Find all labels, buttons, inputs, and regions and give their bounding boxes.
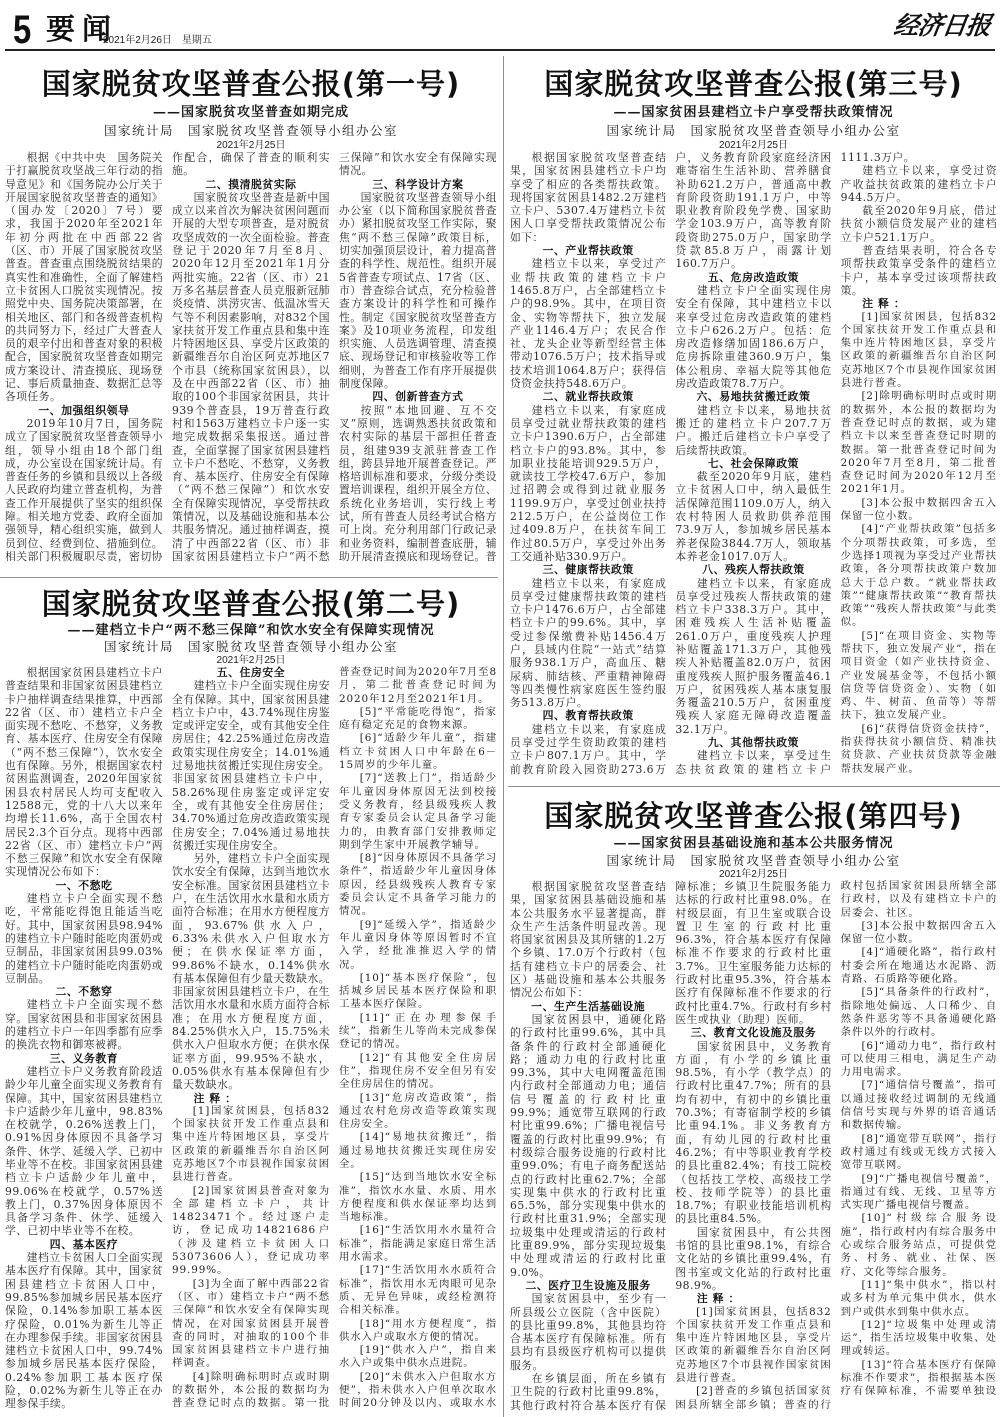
footnote: [1]国家贫困县，包括832个国家扶贫开发工作重点县和集中连片特困地区县，享受片… (675, 1306, 831, 1386)
body-paragraph: 国家贫困县中，有公共图书馆的县比重98.1%，有综合文化站的乡镇比重99.4%，… (675, 1226, 831, 1292)
body-paragraph: 另外，建档立卡户全面实现饮水安全有保障，达到当地饮水安全标准。国家贫困县建档立卡… (172, 852, 330, 1091)
section-heading: 二、摸清脱贫实际 (172, 178, 330, 191)
article-title: 国家脱贫攻坚普查公报(第三号) (510, 66, 997, 102)
body-paragraph: 建档立卡户义务教育阶段适龄少年儿童全面实现义务教育有保障。其中，国家贫困县建档立… (5, 1065, 163, 1238)
article-bulletin-1: 国家脱贫攻坚普查公报(第一号) ——国家脱贫攻坚普查如期完成 国家统计局 国家脱… (5, 66, 497, 570)
body-paragraph: 建档立卡以来，享受过产业帮扶政策的建档立卡户1465.8万户，占全部建档立卡户的… (510, 257, 666, 390)
footnote: [1]国家贫困县，包括832个国家扶贫开发工作重点县和集中连片特困地区县，享受片… (841, 311, 997, 391)
footnote: [7]“送教上门”，指适龄少年儿童因身体原因无法到校接受义务教育，经县级残疾人教… (339, 772, 497, 852)
article-bulletin-3: 国家脱贫攻坚普查公报(第三号) ——国家贫困县建档立卡户享受帮扶政策情况 国家统… (510, 66, 997, 778)
footnote: [2]除明确标明时点或时期的数据外，本公报的数据均为普查登记时点的数据，或为建档… (841, 390, 997, 496)
footnote: [18]“用水方便程度”，指供水入户或取水方便的情况。 (339, 1318, 497, 1345)
article-bulletin-4: 国家脱贫攻坚普查公报(第四号) ——国家贫困县基础设施和基本公共服务情况 国家统… (510, 798, 997, 1417)
section-heading: 一、产业帮扶政策 (510, 244, 666, 257)
body-paragraph: 根据国家脱贫攻坚普查结果，国家贫困县基础设施和基本公共服务水平显著提高，群众生产… (510, 880, 666, 1000)
footnote: [13]“危房改造政策”，指通过农村危房改造等政策实现住房安全。 (339, 1092, 497, 1132)
article-title: 国家脱贫攻坚普查公报(第四号) (510, 798, 997, 834)
body-paragraph: 建档立卡以来，有家庭成员享受过就业帮扶政策的建档立卡户1390.6万户，占全部建… (510, 404, 666, 564)
section-heading: 二、医疗卫生设施及服务 (510, 1279, 666, 1292)
footnote: [10]“基本医疗保险”，包括城乡居民基本医疗保险和职工基本医疗保险。 (339, 972, 497, 1012)
body-paragraph: 建档立卡户全面实现不愁吃，平常能吃得饱且能适当吃好。其中，国家贫困县98.94%… (5, 892, 163, 985)
article-divider-left (0, 577, 498, 578)
body-paragraph: 根据国家贫困县建档立卡户普查结果和非国家贫困县建档立卡户抽样调查结果推算，中西部… (5, 666, 163, 879)
footnote: [16]“生活饮用水水量符合标准”，指能满足家庭日常生活用水需求。 (339, 1224, 497, 1264)
section-heading: 二、不愁穿 (5, 985, 163, 998)
section-heading: 六、易地扶贫搬迁政策 (675, 390, 831, 403)
section-heading: 四、创新普查方式 (339, 390, 497, 403)
footnote: [3]本公报中数据四舍五入保留一位小数。 (841, 920, 997, 947)
section-heading: 一、生产生活基础设施 (510, 1000, 666, 1013)
article-byline: 国家统计局 国家脱贫攻坚普查领导小组办公室 (510, 853, 997, 868)
article-date: 2021年2月25日 (510, 140, 997, 151)
article-subtitle: ——国家脱贫攻坚普查如期完成 (5, 105, 497, 120)
footnote: [8]“因身体原因不具备学习条件”，指适龄少年儿童因身体原因，经县级残疾人教育专… (339, 852, 497, 918)
article-title: 国家脱贫攻坚普查公报(第一号) (5, 66, 497, 102)
page-number: 5 (13, 9, 31, 51)
footnote: [6]“获得信贷资金扶持”，指获得扶贫小额信贷、精准扶贫贷款、产业扶贫贷款等金融… (841, 723, 997, 776)
header-rule (5, 49, 995, 51)
footnote: [2]国家贫困县普查对象为全部建档立卡户，共计14823471个。经过逐户走访，… (172, 1185, 330, 1278)
body-paragraph: 建档立卡以来，有家庭成员享受过健康帮扶政策的建档立卡户1476.6万户，占全部建… (510, 577, 666, 710)
footnote: [9]“广播电视信号覆盖”，指通过有线、无线、卫星等方式实现广播电视信号覆盖。 (841, 1173, 997, 1213)
issue-date: 2021年2月26日 星期五 (103, 35, 212, 47)
section-heading: 三、健康帮扶政策 (510, 563, 666, 576)
article-bulletin-2: 国家脱贫攻坚普查公报(第二号) ——建档立卡户“两不愁三保障”和饮水安全有保障实… (5, 586, 497, 1417)
footnote: [5]“平常能吃得饱”，指家庭有稳定充足的食物来源。 (339, 706, 497, 733)
article-divider-right (508, 786, 1000, 787)
body-paragraph: 截至2020年9月底，借过扶贫小额信贷发展产业的建档立卡户521.1万户。 (841, 204, 997, 244)
footnote: [7]“通信信号覆盖”，指可以通过接收经过调制的无线通信信号实现与外界的语音通话… (841, 1079, 997, 1132)
body-paragraph: 国家贫困县中，义务教育方面，有小学的乡镇比重98.5%，有小学（教学点）的行政村… (675, 1040, 831, 1226)
footnote: [6]“通动力电”，指行政村可以使用三相电，满足生产动力用电需求。 (841, 1040, 997, 1080)
section-heading: 一、不愁吃 (5, 879, 163, 892)
footnote: [4]“通硬化路”，指行政村村委会所在地通达水泥路、沥青路、石质路等硬化路。 (841, 946, 997, 986)
notes-label: 注释： (841, 297, 997, 310)
article-subtitle: ——国家贫困县基础设施和基本公共服务情况 (510, 836, 997, 851)
body-paragraph: 建档立卡户全面实现住房安全有保障。其中，国家贫困县建档立卡户中，43.74%现住… (172, 679, 330, 852)
body-paragraph: 建档立卡户全面实现住房安全有保障，其中建档立卡以来享受过危房改造政策的建档立卡户… (675, 284, 831, 390)
article-date: 2021年2月25日 (510, 869, 997, 880)
section-heading: 三、科学设计方案 (339, 178, 497, 191)
notes-label: 注释： (675, 1292, 831, 1305)
body-paragraph: 建档立卡以来，有家庭成员享受过残疾人帮扶政策的建档立卡户338.3万户。其中，困… (675, 577, 831, 737)
footnote: [11]“集中供水”，指以村或多村为单元集中供水，供水到户或供水到集中供水点。 (841, 1279, 997, 1319)
column-divider (503, 56, 504, 1417)
footnote: [12]“有其他安全住房居住”，指现住房不安全但另有安全住房居住的情况。 (339, 1052, 497, 1092)
footnote: [4]“产业帮扶政策”包括多个分项帮扶政策，可多选，至少选择1项视为享受过产业帮… (841, 523, 997, 629)
section-heading: 二、就业帮扶政策 (510, 390, 666, 403)
section-heading: 四、教育帮扶政策 (510, 709, 666, 722)
footnote: [12]“垃圾集中处理或清运”，指生活垃圾集中收集、处理或转运。 (841, 1319, 997, 1359)
article-body: 根据《中共中央 国务院关于打赢脱贫攻坚战三年行动的指导意见》和《国务院办公厅关于… (5, 151, 497, 569)
footnote: [9]“延缓入学”，指适龄少年儿童因身体等原因暂时不宜入学，经批准推迟入学的情况… (339, 919, 497, 972)
article-body: 根据国家脱贫攻坚普查结果，国家贫困县建档立卡户均享受了相应的各类帮扶政策。现将国… (510, 151, 997, 778)
section-heading: 一、加强组织领导 (5, 404, 163, 417)
article-date: 2021年2月25日 (5, 655, 497, 666)
body-paragraph: 根据《中共中央 国务院关于打赢脱贫攻坚战三年行动的指导意见》和《国务院办公厅关于… (5, 151, 163, 404)
section-heading: 三、教育文化设施及服务 (675, 1026, 831, 1039)
body-paragraph: 国家贫困县中，至少有一所县级公立医院（含中医院）的县比重99.8%，其他县均符合… (510, 1292, 666, 1372)
section-heading: 五、住房安全 (172, 666, 330, 679)
footnote: [19]“供水入户”，指自来水入户或集中供水点进院。 (339, 1344, 497, 1371)
section-heading: 三、义务教育 (5, 1052, 163, 1065)
footnote: [8]“通宽带互联网”，指行政村通过有线或无线方式接入宽带互联网。 (841, 1133, 997, 1173)
article-subtitle: ——建档立卡户“两不愁三保障”和饮水安全有保障实现情况 (5, 623, 497, 638)
section-heading: 八、残疾人帮扶政策 (675, 563, 831, 576)
article-byline: 国家统计局 国家脱贫攻坚普查领导小组办公室 (5, 639, 497, 654)
footnote: [3]为全面了解中西部22省（区、市）建档立卡户“两不愁三保障”和饮水安全有保障… (172, 1278, 330, 1371)
notes-label: 注释： (172, 1092, 330, 1105)
footnote: [11]“正在办理参保手续”，指新生儿等尚未完成参保登记的情况。 (339, 1012, 497, 1052)
footnote: [5]“具备条件的行政村”，指除地处偏远、人口稀少、自然条件恶劣等不具备通硬化路… (841, 986, 997, 1039)
article-date: 2021年2月25日 (5, 140, 497, 151)
body-paragraph: 建档立卡以来，享受过资产收益扶贫政策的建档立卡户944.5万户。 (841, 164, 997, 204)
body-paragraph: 根据国家脱贫攻坚普查结果，国家贫困县建档立卡户均享受了相应的各类帮扶政策。现将国… (510, 151, 666, 244)
article-body: 根据国家脱贫攻坚普查结果，国家贫困县基础设施和基本公共服务水平显著提高，群众生产… (510, 880, 997, 1417)
body-paragraph: 建档立卡贫困人口全面实现基本医疗有保障。其中，国家贫困县建档立卡贫困人口中，99… (5, 1251, 163, 1411)
article-title: 国家脱贫攻坚普查公报(第二号) (5, 586, 497, 622)
section-heading: 五、危房改造政策 (675, 271, 831, 284)
footnote: [17]“生活饮用水水质符合标准”，指饮用水无肉眼可见杂质、无异色异味，或经检测… (339, 1264, 497, 1317)
footnote: [15]“达到当地饮水安全标准”，指饮水水量、水质、用水方便程度和供水保证率均达… (339, 1171, 497, 1224)
article-byline: 国家统计局 国家脱贫攻坚普查领导小组办公室 (510, 123, 997, 138)
footnote: [5]“在项目资金、实物等帮扶下，独立发展产业”，指在项目资金（如产业扶持资金、… (841, 630, 997, 723)
section-heading: 七、社会保障政策 (675, 457, 831, 470)
masthead-logo: 经济日报 (892, 9, 993, 43)
section-heading: 九、其他帮扶政策 (675, 736, 831, 749)
footnote: [10]“村级综合服务设施”，指行政村内有综合服务中心或综合服务站点，可提供党务… (841, 1212, 997, 1278)
footnote: [6]“适龄少年儿童”，指建档立卡贫困人口中年龄在6－15周岁的少年儿童。 (339, 732, 497, 772)
body-paragraph: 建档立卡户全面实现不愁穿。国家贫困县和非国家贫困县的建档立卡户一年四季都有应季的… (5, 998, 163, 1051)
footnote: [3]本公报中数据四舍五入保留一位小数。 (841, 497, 997, 524)
body-paragraph: 截至2020年9月底，建档立卡贫困人口中，纳入最低生活保障范围1109.0万人，… (675, 470, 831, 563)
footnote: [14]“易地扶贫搬迁”，指通过易地扶贫搬迁实现住房安全。 (339, 1131, 497, 1171)
body-paragraph: 普查结果表明，符合各专项帮扶政策享受条件的建档立卡户，基本享受过该项帮扶政策。 (841, 244, 997, 297)
footnote: [1]国家贫困县，包括832个国家扶贫开发工作重点县和集中连片特困地区县，享受片… (172, 1105, 330, 1185)
article-byline: 国家统计局 国家脱贫攻坚普查领导小组办公室 (5, 123, 497, 138)
body-paragraph: 国家脱贫攻坚普查领导小组办公室（以下简称国家脱贫普查办）紧扣脱贫攻坚工作实际，聚… (339, 191, 497, 390)
body-paragraph: 建档立卡以来，易地扶贫搬迁的建档立卡户207.7万户。搬迁后建档立卡户享受了后续… (675, 404, 831, 457)
body-paragraph: 国家贫困县中，通硬化路的行政村比重99.6%，其中具备条件的行政村全部通硬化路；… (510, 1013, 666, 1279)
article-subtitle: ——国家贫困县建档立卡户享受帮扶政策情况 (510, 105, 997, 120)
section-heading: 四、基本医疗 (5, 1238, 163, 1251)
article-body: 根据国家贫困县建档立卡户普查结果和非国家贫困县建档立卡户抽样调查结果推算，中西部… (5, 666, 497, 1417)
